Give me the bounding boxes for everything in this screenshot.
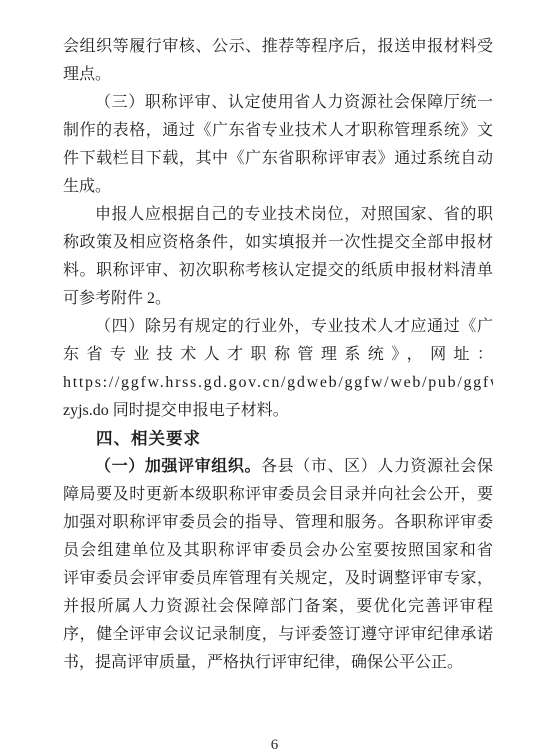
text-line: 序，健全评审会议记录制度，与评委签订遵守评审纪律承诺 (63, 621, 493, 649)
text-line: zyjs.do 同时提交申报电子材料。 (63, 397, 493, 425)
paragraph-lead-bold: （一）加强评审组织。 (95, 458, 261, 475)
text-line: 并报所属人力资源社会保障部门备案，要优化完善评审程 (63, 593, 493, 621)
text-line: 申报人应根据自己的专业技术岗位，对照国家、省的职 (63, 201, 493, 229)
document-body: 会组织等履行审核、公示、推荐等程序后，报送申报材料受 理点。 （三）职称评审、认… (63, 33, 493, 677)
text-line: 料。职称评审、初次职称考核认定提交的纸质申报材料清单 (63, 257, 493, 285)
text-line: 加强对职称评审委员会的指导、管理和服务。各职称评审委 (63, 509, 493, 537)
text-line: （四）除另有规定的行业外，专业技术人才应通过《广 (63, 313, 493, 341)
page-number: 6 (0, 737, 549, 750)
text-line: 会组织等履行审核、公示、推荐等程序后，报送申报材料受 (63, 33, 493, 61)
text-line: 件下载栏目下载，其中《广东省职称评审表》通过系统自动 (63, 145, 493, 173)
text-line: 评审委员会评审委员库管理有关规定，及时调整评审专家， (63, 565, 493, 593)
text-line: 员会组建单位及其职称评审委员会办公室要按照国家和省 (63, 537, 493, 565)
text-line: 理点。 (63, 61, 493, 89)
paragraph-text: 各县（市、区）人力资源社会保 (261, 458, 493, 475)
text-line: 称政策及相应资格条件，如实填报并一次性提交全部申报材 (63, 229, 493, 257)
text-line: （三）职称评审、认定使用省人力资源社会保障厅统一 (63, 89, 493, 117)
text-line: 书，提高评审质量，严格执行评审纪律，确保公平公正。 (63, 649, 493, 677)
text-line: （一）加强评审组织。各县（市、区）人力资源社会保 (63, 453, 493, 481)
text-line: 东省专业技术人才职称管理系统》，网址： (63, 341, 493, 369)
section-heading: 四、相关要求 (63, 425, 493, 453)
text-line: 障局要及时更新本级职称评审委员会目录并向社会公开，要 (63, 481, 493, 509)
text-line: 生成。 (63, 173, 493, 201)
document-page: 会组织等履行审核、公示、推荐等程序后，报送申报材料受 理点。 （三）职称评审、认… (0, 0, 549, 750)
text-line: 可参考附件 2。 (63, 285, 493, 313)
url-line: https://ggfw.hrss.gd.gov.cn/gdweb/ggfw/w… (63, 369, 493, 397)
text-line: 制作的表格，通过《广东省专业技术人才职称管理系统》文 (63, 117, 493, 145)
